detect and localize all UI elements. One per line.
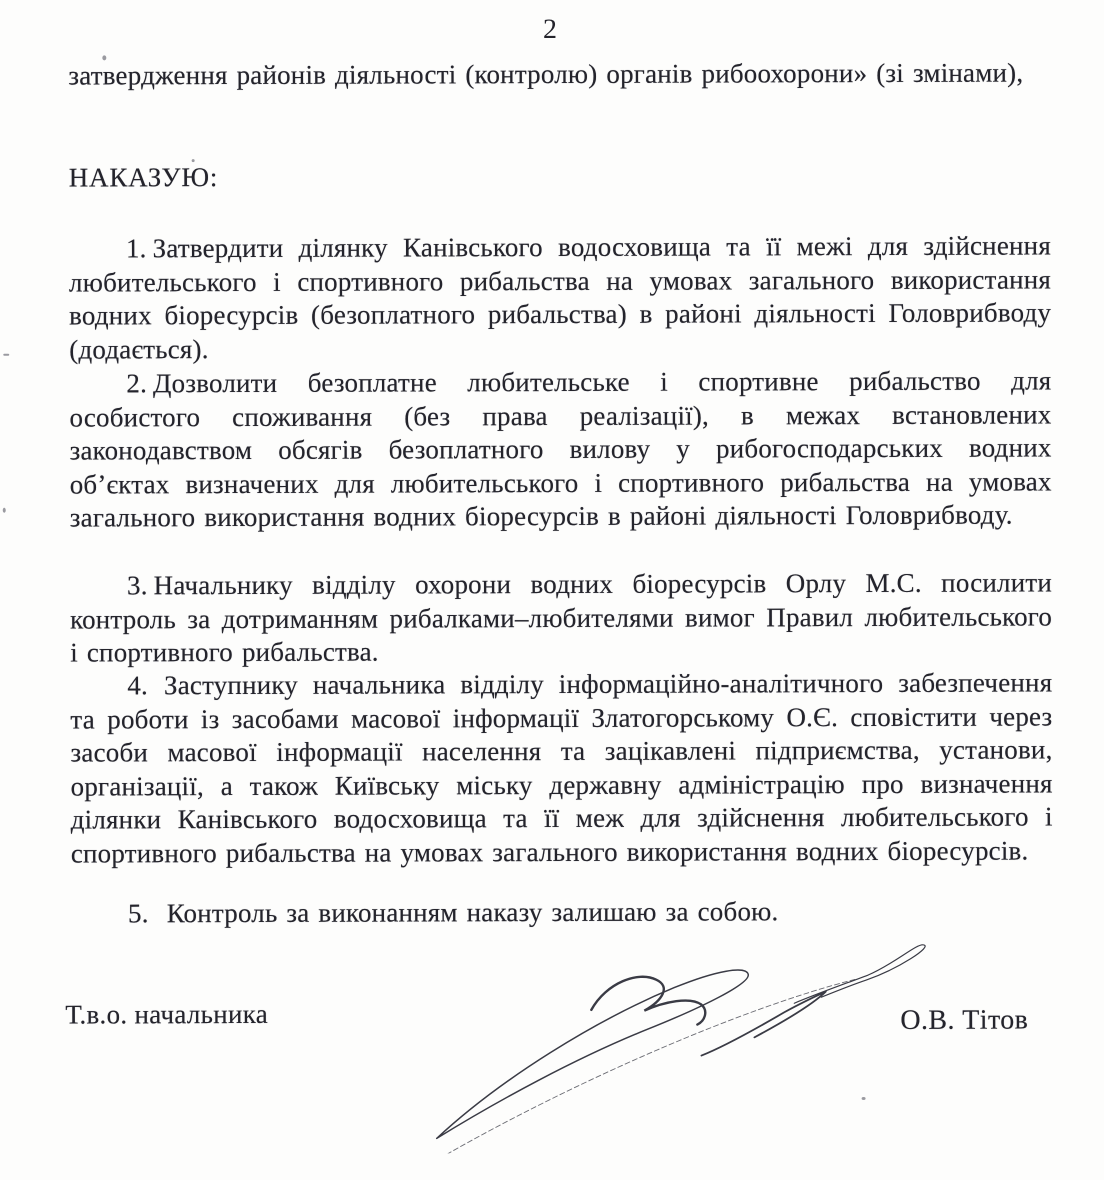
document-content: 2 затвердження районів діяльності (контр…	[0, 0, 1104, 1180]
order-heading: НАКАЗУЮ:	[69, 158, 1051, 195]
order-item-4: 4.Заступнику начальника відділу інформац…	[70, 666, 1053, 870]
scan-speck	[3, 354, 9, 356]
item-5-text: Контроль за виконанням наказу залишаю за…	[167, 896, 779, 928]
signer-name: О.В. Тітов	[900, 1005, 1028, 1037]
handwritten-signature	[406, 927, 952, 1154]
scan-speck	[102, 55, 106, 60]
item-5-number: 5.	[128, 898, 149, 928]
scan-speck	[3, 508, 6, 513]
order-item-2: 2.Дозволити безоплатне любительське і сп…	[69, 364, 1052, 535]
order-item-5: 5.Контроль за виконанням наказу залишаю …	[71, 894, 1053, 931]
item-4-text: Заступнику начальника відділу інформацій…	[70, 667, 1052, 868]
scan-speck	[862, 1097, 866, 1100]
item-2-text: Дозволити безоплатне любительське і спор…	[69, 365, 1051, 532]
signature-stroke-check	[701, 991, 826, 1055]
order-item-3: 3.Начальнику відділу охорони водних біор…	[70, 566, 1052, 670]
item-4-number: 4.	[127, 670, 148, 700]
signer-position-title: Т.в.о. начальника	[65, 999, 268, 1031]
signature-stroke-top-loop	[794, 945, 925, 1003]
item-1-number: 1.	[126, 233, 147, 263]
page-number: 2	[0, 12, 1102, 47]
signature-stroke-squiggle	[591, 977, 705, 1025]
order-item-1: 1.Затвердити ділянку Канівського водосхо…	[69, 229, 1051, 366]
continuation-paragraph: затвердження районів діяльності (контрол…	[68, 56, 1050, 93]
signature-stroke-loop	[436, 970, 749, 1138]
item-3-number: 3.	[127, 570, 148, 600]
item-1-text: Затвердити ділянку Канівського водосхови…	[69, 230, 1051, 364]
item-3-text: Начальнику відділу охорони водних біорес…	[70, 567, 1052, 667]
scan-speck	[192, 159, 195, 162]
scanned-document-page: 2 затвердження районів діяльності (контр…	[0, 0, 1104, 1180]
item-2-number: 2.	[126, 368, 147, 398]
